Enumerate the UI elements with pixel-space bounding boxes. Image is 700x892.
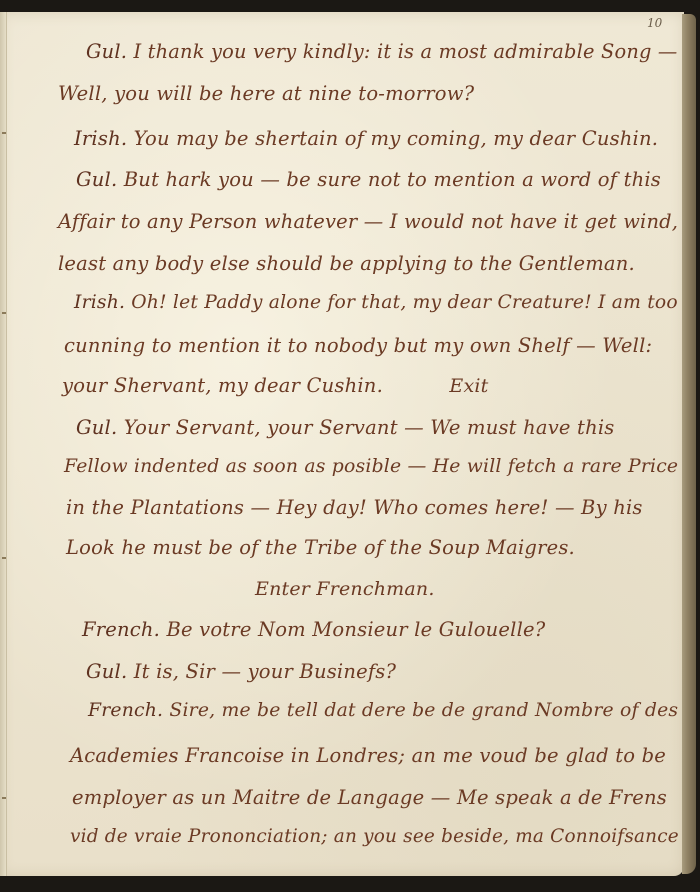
line-text: Look he must be of the Tribe of the Soup… (66, 536, 575, 559)
line-text: Well, you will be here at nine to-morrow… (58, 82, 474, 105)
manuscript-line: cunning to mention it to nobody but my o… (64, 334, 652, 357)
manuscript-line: Fellow indented as soon as posible — He … (64, 456, 678, 477)
line-text: in the Plantations — Hey day! Who comes … (66, 496, 643, 519)
folio-number: 10 (647, 16, 662, 30)
speaker-name: Gul. (86, 660, 127, 683)
manuscript-line: Irish. You may be shertain of my coming,… (74, 127, 658, 150)
line-text: It is, Sir — your Businefs? (134, 660, 396, 683)
manuscript-line: Gul. It is, Sir — your Businefs? (86, 660, 396, 683)
binding-gutter (0, 12, 7, 876)
page-edge-shadow (682, 14, 696, 874)
manuscript-line: Well, you will be here at nine to-morrow… (58, 82, 474, 105)
stage-direction-enter: Enter Frenchman. (255, 578, 435, 600)
manuscript-line: Gul. But hark you — be sure not to menti… (76, 168, 661, 191)
manuscript-line: Academies Francoise in Londres; an me vo… (70, 744, 666, 767)
manuscript-line: Affair to any Person whatever — I would … (58, 210, 678, 233)
manuscript-line: French. Be votre Nom Monsieur le Gulouel… (82, 618, 545, 641)
line-text: Fellow indented as soon as posible — He … (64, 456, 678, 477)
binding-stitch (2, 312, 6, 314)
manuscript-line: Gul. Your Servant, your Servant — We mus… (76, 416, 614, 439)
speaker-name: French. (88, 700, 163, 721)
manuscript-line: vid de vraie Prononciation; an you see b… (70, 826, 679, 847)
line-text: Your Servant, your Servant — We must hav… (124, 416, 615, 439)
binding-stitch (2, 797, 6, 799)
manuscript-line: your Shervant, my dear Cushin. Exit (62, 374, 488, 397)
speaker-name: French. (82, 618, 160, 641)
line-text: Affair to any Person whatever — I would … (58, 210, 678, 233)
manuscript-line: Irish. Oh! let Paddy alone for that, my … (74, 292, 678, 313)
line-text: I thank you very kindly: it is a most ad… (133, 40, 677, 63)
line-text: Academies Francoise in Londres; an me vo… (70, 744, 666, 767)
manuscript-line: French. Sire, me be tell dat dere be de … (88, 700, 678, 721)
speaker-name: Gul. (76, 416, 117, 439)
speaker-name: Irish. (74, 127, 127, 150)
binding-stitch (2, 132, 6, 134)
manuscript-line: Look he must be of the Tribe of the Soup… (66, 536, 575, 559)
speaker-name: Gul. (86, 40, 127, 63)
line-text: least any body else should be applying t… (58, 252, 635, 275)
line-text: your Shervant, my dear Cushin. (62, 374, 383, 397)
stage-direction-exit: Exit (449, 375, 488, 397)
speaker-name: Irish. (74, 292, 125, 313)
scan-frame: 10 Gul. I thank you very kindly: it is a… (0, 0, 700, 892)
line-text: Oh! let Paddy alone for that, my dear Cr… (131, 292, 678, 313)
manuscript-line: in the Plantations — Hey day! Who comes … (66, 496, 643, 519)
manuscript-line: Gul. I thank you very kindly: it is a mo… (86, 40, 678, 63)
line-text: vid de vraie Prononciation; an you see b… (70, 826, 679, 847)
binding-stitch (2, 557, 6, 559)
line-text: employer as un Maitre de Langage — Me sp… (72, 786, 667, 809)
line-text: Be votre Nom Monsieur le Gulouelle? (166, 618, 545, 641)
manuscript-line: least any body else should be applying t… (58, 252, 635, 275)
line-text: Sire, me be tell dat dere be de grand No… (169, 700, 678, 721)
speaker-name: Gul. (76, 168, 117, 191)
line-text: You may be shertain of my coming, my dea… (134, 127, 659, 150)
manuscript-line: employer as un Maitre de Langage — Me sp… (72, 786, 667, 809)
line-text: Enter Frenchman. (255, 578, 435, 600)
line-text: But hark you — be sure not to mention a … (124, 168, 661, 191)
line-text: cunning to mention it to nobody but my o… (64, 334, 652, 357)
